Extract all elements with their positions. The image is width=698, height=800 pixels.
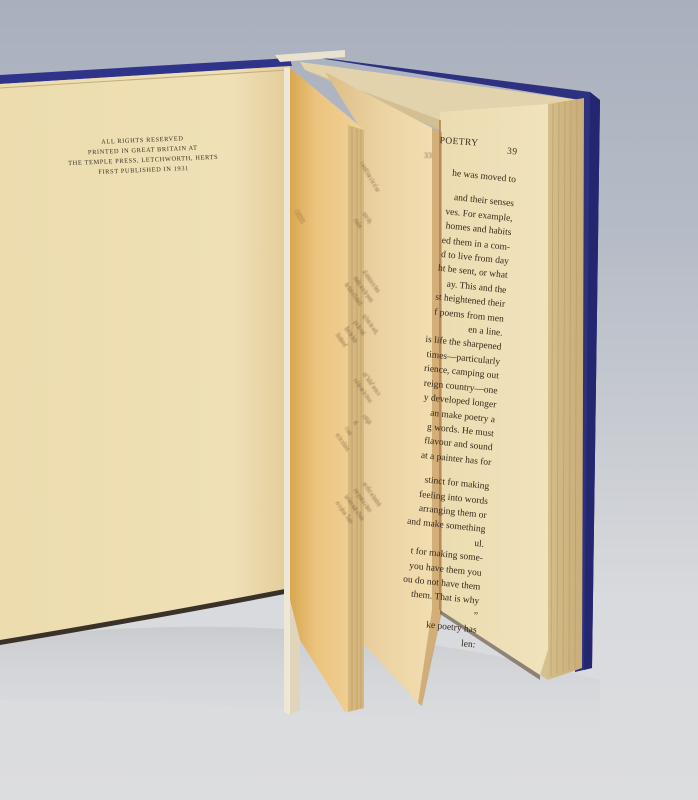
book-illustration bbox=[0, 0, 698, 800]
middle-page-number: 33 bbox=[424, 150, 432, 161]
copyright-notice: ALL RIGHTS RESERVED PRINTED IN GREAT BRI… bbox=[57, 132, 229, 179]
page-number: 39 bbox=[507, 147, 518, 158]
